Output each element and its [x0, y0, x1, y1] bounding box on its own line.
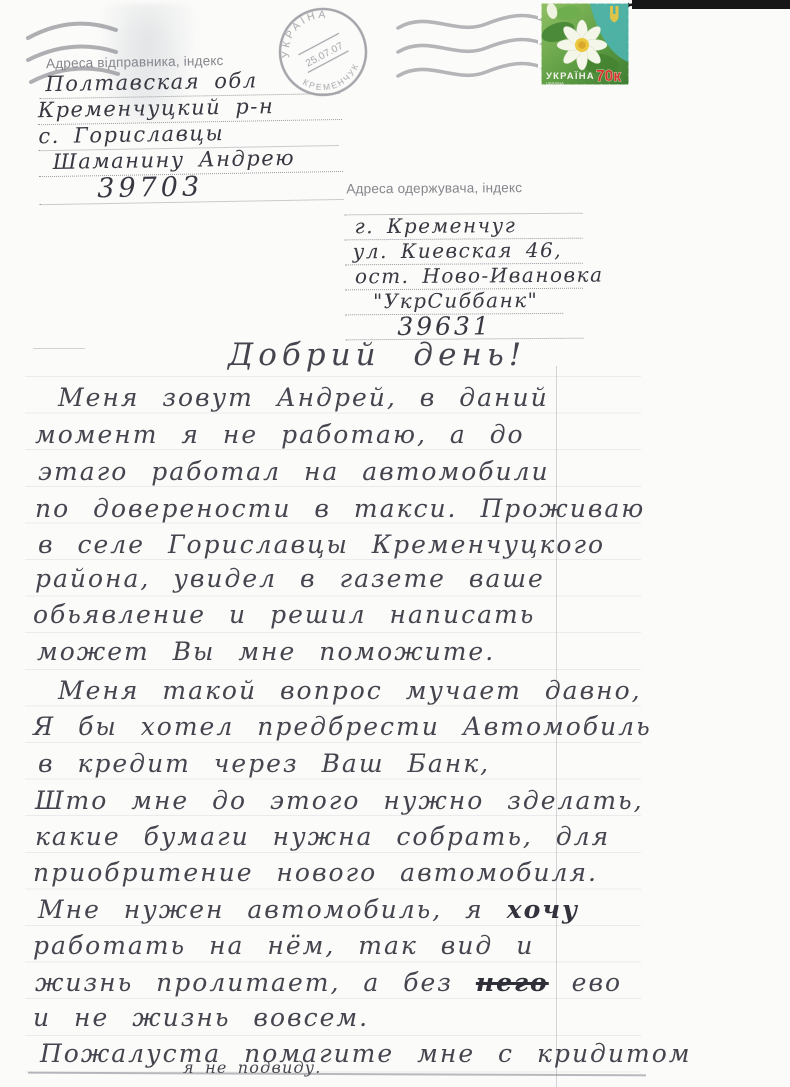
postmark-date: 25.07.07	[304, 40, 346, 70]
ruled-line-segment	[33, 348, 85, 349]
letter-line: работать на нём, так вид и	[33, 932, 534, 961]
letter-line-with-strikethrough: жизнь пролитает, а без него ево	[35, 969, 622, 998]
letter-greeting: Добрий день!	[228, 338, 526, 374]
stamp-country-subtext: UKRAINA	[546, 81, 564, 86]
letter-text: жизнь пролитает, а без	[35, 968, 476, 997]
stamp-denomination: 70к	[596, 68, 621, 85]
letter-line: района, увидел в газете ваше	[35, 565, 545, 594]
letter-line: момент я не работаю, а до	[35, 421, 525, 450]
letter-line: приобритение нового автомобиля.	[33, 859, 598, 888]
letter-line: в селе Гориславцы Кременчуцкого	[38, 531, 605, 560]
letter-line: Меня зовут Андрей, в даний	[58, 384, 549, 413]
recipient-address-line: г. Кременчуг	[344, 213, 582, 241]
letter-line: обьявление и решил написать	[33, 601, 535, 630]
recipient-address-line: ост. Ново-Ивановка	[345, 263, 583, 291]
letter-line: Меня такой вопрос мучает давно,	[58, 677, 642, 706]
recipient-postcode: 39631	[345, 311, 583, 341]
letter-line: по доверености в такси. Проживаю	[35, 495, 645, 524]
letter-text: Мне нужен автомобиль, я	[38, 895, 507, 924]
cancel-wave	[398, 64, 548, 77]
letter-line: этаго работал на автомобили	[38, 458, 550, 487]
letter-line: какие бумаги нужна собрать, для	[35, 823, 610, 852]
letter-text: ево	[549, 968, 622, 997]
letter-line-with-correction: Мне нужен автомобиль, я хочу	[38, 896, 579, 925]
struck-word: него	[476, 968, 549, 997]
postage-stamp: УКРАЇНА UKRAINA 70к	[538, 0, 632, 88]
letter-line: может Вы мне поможите.	[37, 638, 495, 667]
letter-line: Я бы хотел предбрести Автомобиль	[33, 713, 652, 742]
recipient-address-line: ул. Киевская 46,	[345, 238, 583, 266]
cancel-wave	[398, 40, 548, 53]
cancel-wave	[398, 16, 548, 29]
lily-center-core	[578, 41, 586, 49]
letter-line: и не жизнь вовсем.	[33, 1004, 369, 1033]
recipient-blank-line	[344, 189, 582, 216]
letter-inserted-note: я не подвиду.	[183, 1059, 322, 1077]
letter-line: в кредит через Ваш Банк,	[38, 750, 490, 779]
cancel-arc	[28, 24, 116, 38]
scanned-letter-page: УКРАЇНА КРЕМЕНЧУК 25.07.07	[0, 0, 790, 1087]
letter-line: Што мне до этого нужно зделать,	[35, 787, 644, 816]
sender-address-label: Адреса відправника, індекс	[46, 53, 224, 71]
letter-line: Пожалуста помагите мне с кридитом	[40, 1040, 691, 1069]
overwritten-word: хочу	[507, 895, 579, 924]
sender-postcode: 39703	[39, 169, 343, 205]
